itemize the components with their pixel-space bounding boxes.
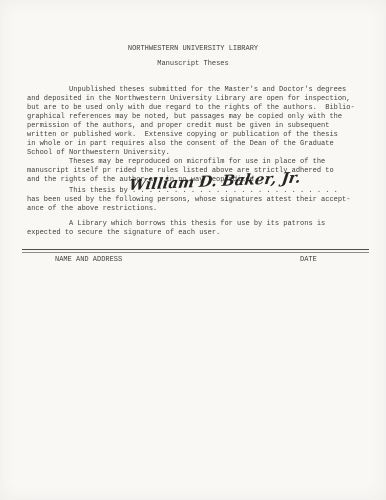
document-page: NORTHWESTERN UNIVERSITY LIBRARY Manuscri… [0,0,386,500]
paragraph-library-borrow: A Library which borrows this thesis for … [27,220,369,238]
document-subtitle: Manuscript Theses [0,60,386,69]
document-heading: NORTHWESTERN UNIVERSITY LIBRARY [0,45,386,54]
name-address-column-header: NAME AND ADDRESS [55,256,122,265]
date-column-header: DATE [300,256,317,265]
paragraph-usage-attest: has been used by the following persons, … [27,196,369,214]
paragraph-restrictions: Unpublished theses submitted for the Mas… [27,86,369,158]
signature-table-rule [22,249,369,253]
